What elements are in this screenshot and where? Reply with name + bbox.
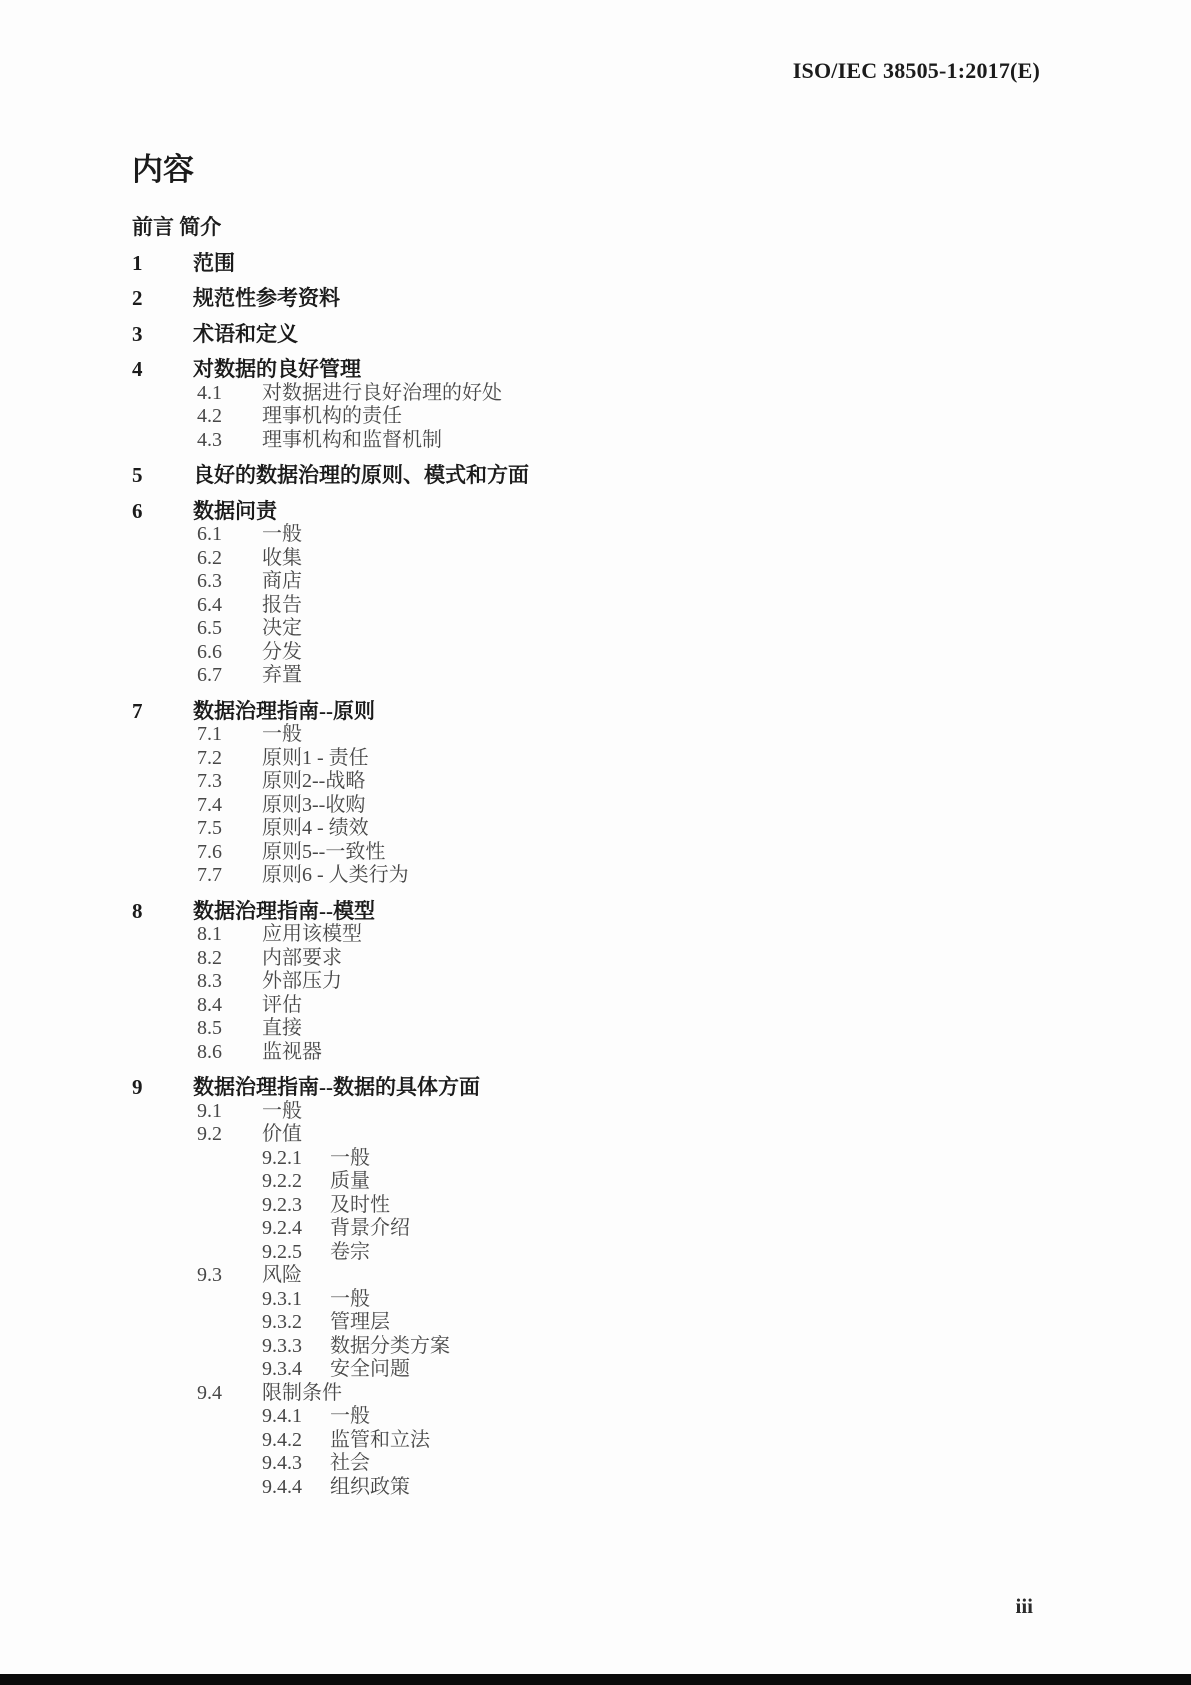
toc-entry: 4.2理事机构的责任: [132, 405, 1131, 429]
toc-entry: 8.5直接: [132, 1017, 1131, 1041]
toc-entry: 4.3理事机构和监督机制: [132, 429, 1131, 453]
toc-entry: 8.3外部压力: [132, 970, 1131, 994]
toc-entry-label: 价值: [262, 1123, 302, 1147]
toc-entry-number: 9.2.2: [262, 1170, 330, 1194]
toc-entry-label: 限制条件: [262, 1382, 342, 1406]
toc-entry: 9.2价值: [132, 1123, 1131, 1147]
toc-entry-number: 6.5: [197, 617, 262, 641]
toc-entry-number: 4.3: [197, 429, 262, 453]
page-number: iii: [1015, 1594, 1033, 1619]
toc-entry: 9.3.4安全问题: [132, 1358, 1131, 1382]
toc-entry: 6.5决定: [132, 617, 1131, 641]
toc-entry: 6.3商店: [132, 570, 1131, 594]
toc-entry-number: 9.4.2: [262, 1429, 330, 1453]
toc-entry-number: 8: [132, 900, 193, 924]
toc-entry-number: 9.2.1: [262, 1147, 330, 1171]
toc-entry-label: 社会: [330, 1452, 370, 1476]
toc-entry-label: 组织政策: [330, 1476, 410, 1500]
toc-entry: 6.4报告: [132, 594, 1131, 618]
toc-entry-label: 数据治理指南--原则: [193, 700, 375, 724]
toc-entry-label: 决定: [262, 617, 302, 641]
toc-entry: 9.2.5卷宗: [132, 1241, 1131, 1265]
toc-entry: 3术语和定义: [132, 323, 1131, 347]
toc-entry: 8.6监视器: [132, 1041, 1131, 1065]
toc-entry-number: 4.2: [197, 405, 262, 429]
document-page: ISO/IEC 38505-1:2017(E) 内容 前言 简介1范围2规范性参…: [0, 0, 1191, 1685]
toc-entry-number: 6.2: [197, 547, 262, 571]
toc-entry: 9.4限制条件: [132, 1382, 1131, 1406]
toc-entry-label: 规范性参考资料: [193, 287, 340, 311]
toc-entry: 7.5原则4 - 绩效: [132, 817, 1131, 841]
toc-entry: 9.4.2监管和立法: [132, 1429, 1131, 1453]
toc-entry: 9.2.4背景介绍: [132, 1217, 1131, 1241]
toc-entry-label: 应用该模型: [262, 923, 362, 947]
toc-entry: 7.6原则5--一致性: [132, 841, 1131, 865]
toc-entry-number: 7.5: [197, 817, 262, 841]
toc-entry-number: 9.3.1: [262, 1288, 330, 1312]
toc-entry: 9.3.3数据分类方案: [132, 1335, 1131, 1359]
toc-entry-number: 7.6: [197, 841, 262, 865]
toc-entry-label: 一般: [262, 523, 302, 547]
toc-entry-label: 一般: [262, 1100, 302, 1124]
toc-entry-label: 原则2--战略: [262, 770, 365, 794]
toc-entry-number: 4.1: [197, 382, 262, 406]
toc-entry-label: 内部要求: [262, 947, 342, 971]
toc-entry-label: 监管和立法: [330, 1429, 430, 1453]
toc-entry-number: 4: [132, 358, 193, 382]
toc-entry-number: 7.7: [197, 864, 262, 888]
toc-entry: 4.1对数据进行良好治理的好处: [132, 382, 1131, 406]
toc-entry-number: 6.4: [197, 594, 262, 618]
document-reference: ISO/IEC 38505-1:2017(E): [793, 58, 1040, 84]
toc-entry-label: 原则1 - 责任: [262, 747, 369, 771]
toc-entry-label: 安全问题: [330, 1358, 410, 1382]
toc-entry-label: 管理层: [330, 1311, 390, 1335]
toc-entry-number: 9.3.2: [262, 1311, 330, 1335]
toc-entry-label: 风险: [262, 1264, 302, 1288]
toc-entry-number: 7.2: [197, 747, 262, 771]
toc-entry-label: 商店: [262, 570, 302, 594]
toc-entry: 6.7弃置: [132, 664, 1131, 688]
toc-entry-number: 9.3.3: [262, 1335, 330, 1359]
toc-entry-label: 直接: [262, 1017, 302, 1041]
toc-entry-number: 9.4.3: [262, 1452, 330, 1476]
toc-entry: 5良好的数据治理的原则、模式和方面: [132, 464, 1131, 488]
toc-entry: 9.2.1一般: [132, 1147, 1131, 1171]
toc-entry-number: 6.7: [197, 664, 262, 688]
toc-entry: 4对数据的良好管理: [132, 358, 1131, 382]
toc-entry: 7.2原则1 - 责任: [132, 747, 1131, 771]
toc-entry-number: 9.1: [197, 1100, 262, 1124]
toc-entry-number: 9.3.4: [262, 1358, 330, 1382]
toc-entry-number: 6.1: [197, 523, 262, 547]
toc-entry-number: 7.3: [197, 770, 262, 794]
toc-entry-label: 一般: [262, 723, 302, 747]
toc-entry-label: 弃置: [262, 664, 302, 688]
toc-entry: 9.4.4组织政策: [132, 1476, 1131, 1500]
page-bottom-edge: [0, 1674, 1191, 1685]
toc-entry: 9.2.2质量: [132, 1170, 1131, 1194]
toc-entry: 9.3.2管理层: [132, 1311, 1131, 1335]
toc-entry-label: 理事机构和监督机制: [262, 429, 442, 453]
toc-entry-label: 数据问责: [193, 500, 277, 524]
toc-entry-label: 原则5--一致性: [262, 841, 385, 865]
toc-entry-label: 一般: [330, 1147, 370, 1171]
toc-entry: 1范围: [132, 252, 1131, 276]
toc-entry: 8数据治理指南--模型: [132, 900, 1131, 924]
toc-entry: 6.2收集: [132, 547, 1131, 571]
toc-entry-label: 一般: [330, 1405, 370, 1429]
toc-entry-number: 8.3: [197, 970, 262, 994]
toc-entry-number: 8.6: [197, 1041, 262, 1065]
toc-entry-label: 背景介绍: [330, 1217, 410, 1241]
toc-entry-label: 原则6 - 人类行为: [262, 864, 409, 888]
toc-entry-number: 9.4.4: [262, 1476, 330, 1500]
toc-entry-number: 1: [132, 252, 193, 276]
toc-entry-label: 对数据的良好管理: [193, 358, 361, 382]
toc-entry: 9数据治理指南--数据的具体方面: [132, 1076, 1131, 1100]
toc-entry-label: 收集: [262, 547, 302, 571]
toc-entry-number: 9.4: [197, 1382, 262, 1406]
toc-entry-label: 分发: [262, 641, 302, 665]
toc-entry-label: 对数据进行良好治理的好处: [262, 382, 502, 406]
toc-entry-number: 3: [132, 323, 193, 347]
toc-entry-number: 9.2.4: [262, 1217, 330, 1241]
toc-entry: 7.3原则2--战略: [132, 770, 1131, 794]
toc-entry-number: 9.2.5: [262, 1241, 330, 1265]
toc-entry-label: 数据治理指南--模型: [193, 900, 375, 924]
toc-entry-number: 9: [132, 1076, 193, 1100]
toc-entry: 9.4.3社会: [132, 1452, 1131, 1476]
toc-entry-label: 数据治理指南--数据的具体方面: [193, 1076, 480, 1100]
toc-entry: 9.1一般: [132, 1100, 1131, 1124]
toc-entry: 7数据治理指南--原则: [132, 700, 1131, 724]
toc-entry-number: 9.2: [197, 1123, 262, 1147]
page-title: 内容: [132, 144, 194, 189]
toc-entry: 7.4原则3--收购: [132, 794, 1131, 818]
toc-entry: 8.4评估: [132, 994, 1131, 1018]
toc-entry-number: 7: [132, 700, 193, 724]
toc-entry: 9.3.1一般: [132, 1288, 1131, 1312]
toc-entry-number: 2: [132, 287, 193, 311]
toc-entry-label: 报告: [262, 594, 302, 618]
toc-entry-number: 8.1: [197, 923, 262, 947]
toc-entry: 8.2内部要求: [132, 947, 1131, 971]
toc-entry-number: 6: [132, 500, 193, 524]
toc-entry-label: 一般: [330, 1288, 370, 1312]
toc-entry: 7.1一般: [132, 723, 1131, 747]
toc-entry-number: 8.2: [197, 947, 262, 971]
toc-entry-label: 评估: [262, 994, 302, 1018]
toc-entry: 9.4.1一般: [132, 1405, 1131, 1429]
toc-entry-number: 9.4.1: [262, 1405, 330, 1429]
toc-entry-label: 原则3--收购: [262, 794, 365, 818]
toc-entry-label: 术语和定义: [193, 323, 298, 347]
toc-entry-label: 理事机构的责任: [262, 405, 402, 429]
toc-entry-number: 6.6: [197, 641, 262, 665]
toc-entry-label: 外部压力: [262, 970, 342, 994]
toc-list: 前言 简介1范围2规范性参考资料3术语和定义4对数据的良好管理4.1对数据进行良…: [132, 216, 1131, 1499]
toc-entry: 6数据问责: [132, 500, 1131, 524]
toc-entry-label: 质量: [330, 1170, 370, 1194]
toc-entry-number: 9.2.3: [262, 1194, 330, 1218]
toc-entry-number: 6.3: [197, 570, 262, 594]
toc-entry-number: 8.5: [197, 1017, 262, 1041]
toc-entry: 6.6分发: [132, 641, 1131, 665]
toc-entry-label: 卷宗: [330, 1241, 370, 1265]
toc-entry-number: 7.1: [197, 723, 262, 747]
toc-entry: 9.3风险: [132, 1264, 1131, 1288]
toc-entry: 6.1一般: [132, 523, 1131, 547]
toc-entry: 9.2.3及时性: [132, 1194, 1131, 1218]
toc-entry-label: 原则4 - 绩效: [262, 817, 369, 841]
toc-entry: 前言 简介: [132, 216, 1131, 240]
toc-entry-number: 9.3: [197, 1264, 262, 1288]
toc-entry-label: 数据分类方案: [330, 1335, 450, 1359]
toc-entry-label: 及时性: [330, 1194, 390, 1218]
toc-entry: 7.7原则6 - 人类行为: [132, 864, 1131, 888]
toc-entry-label: 监视器: [262, 1041, 322, 1065]
toc-entry: 8.1应用该模型: [132, 923, 1131, 947]
toc-entry: 2规范性参考资料: [132, 287, 1131, 311]
toc-entry-number: 7.4: [197, 794, 262, 818]
toc-entry-label: 前言 简介: [132, 216, 221, 240]
toc-entry-number: 8.4: [197, 994, 262, 1018]
toc-entry-label: 良好的数据治理的原则、模式和方面: [193, 464, 529, 488]
toc-entry-label: 范围: [193, 252, 235, 276]
toc-entry-number: 5: [132, 464, 193, 488]
